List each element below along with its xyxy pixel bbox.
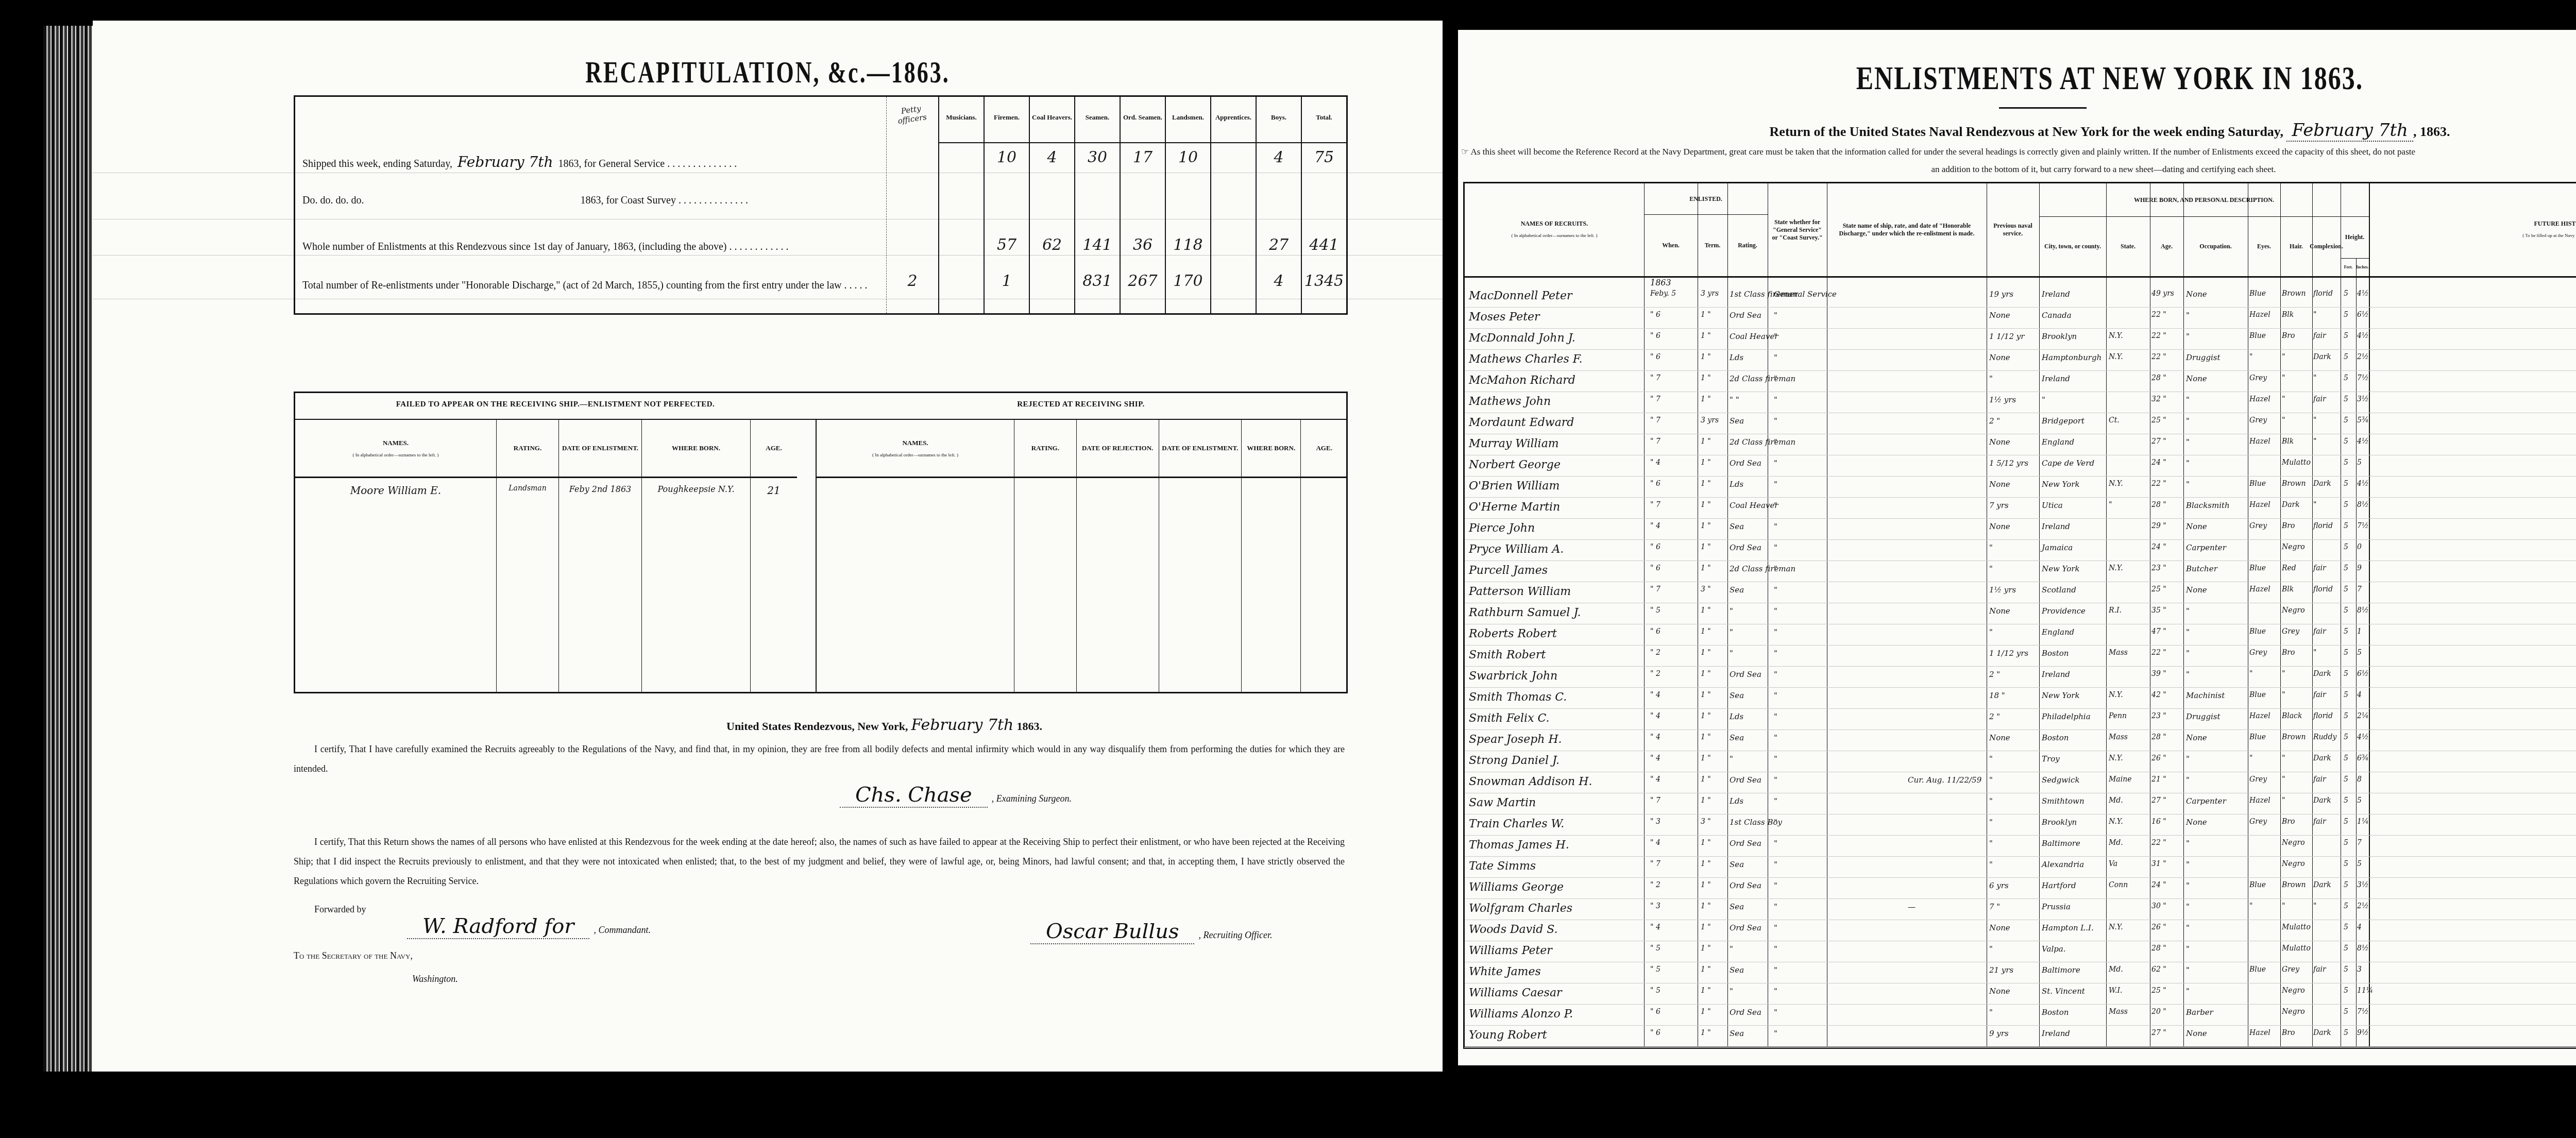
recruit-name: Mordaunt Edward [1469,416,1574,429]
complexion: Dark [2313,754,2331,762]
recap-col-landsmen: Landsmen. 10118170 [1165,97,1210,313]
height-feet: 5 [2344,839,2348,847]
birth-state: Mass [2109,649,2128,657]
height-feet: 5 [2344,437,2348,446]
birth-city: Brooklyn [2042,332,2077,341]
recruit-name: Snowman Addison H. [1469,775,1592,788]
age: 23 " [2151,712,2166,720]
table-row: Smith Robert" 21 """1 1/12 yrsBostonMass… [1465,646,2495,667]
height-inches: 4½ [2357,332,2368,340]
enlisted-rating: Ord Sea [1730,775,1761,785]
previous-service: 2 " [1989,670,2000,679]
enlistments-table: NAMES OF RECRUITS.( In alphabetical orde… [1463,182,2576,1049]
eyes: Blue [2249,627,2266,636]
recruit-name: Mathews Charles F. [1469,353,1583,366]
eyes: Blue [2249,965,2266,974]
occupation: " [2186,416,2190,426]
enlisted-term: 1 " [1701,649,1711,657]
occupation: " [2186,395,2190,404]
hair: Blk [2282,437,2294,446]
enlisted-when: " 5 [1650,987,1660,995]
previous-service: " [1989,775,1993,785]
enlisted-term: 3 yrs [1701,290,1719,298]
enlisted-term: 1 " [1701,395,1711,403]
previous-service: " [1989,839,1993,848]
birth-state: " [2109,501,2112,509]
eyes: Blue [2249,691,2266,699]
previous-service: " [1989,627,1993,637]
table-row: Williams Alonzo P." 61 "Ord Sea""BostonM… [1465,1005,2495,1026]
height-feet: 5 [2344,353,2348,361]
return-line: Return of the United States Naval Rendez… [1458,120,2576,141]
height-feet: 5 [2344,733,2348,741]
table-row: Train Charles W." 33 "1st Class Boy""Bro… [1465,814,2495,836]
height-inches: 2¼ [2357,712,2368,720]
complexion: " [2313,501,2316,509]
birth-city: Ireland [2042,290,2070,299]
enlisted-when: " 6 [1650,353,1660,361]
previous-service: None [1989,522,2010,531]
recruit-name: O'Herne Martin [1469,501,1560,514]
previous-service: 1 1/12 yrs [1989,649,2028,658]
hair: Brown [2282,290,2306,298]
height-inches: 7 [2357,585,2362,593]
height-feet: 5 [2344,543,2348,551]
recruit-name: Patterson William [1469,585,1571,598]
birth-city: New York [2042,480,2080,489]
recap-row-label-1: Shipped this week, ending Saturday,Febru… [302,154,737,171]
service-type: " [1774,902,1777,911]
height-inches: 5 [2357,649,2362,657]
table-row: Tate Simms" 71 "Sea""AlexandriaVa31 ""Ne… [1465,857,2495,878]
occupation: " [2186,311,2190,320]
complexion: " [2313,649,2316,657]
hair: Black [2282,712,2302,720]
age: 24 " [2151,543,2166,551]
table-row: Thomas James H." 41 "Ord Sea""BaltimoreM… [1465,836,2495,857]
birth-city: New York [2042,691,2080,700]
table-row: Rathburn Samuel J." 51 """NoneProvidence… [1465,603,2495,624]
previous-service: None [1989,987,2010,996]
service-type: " [1774,437,1777,447]
height-feet: 5 [2344,1029,2348,1037]
table-row: Williams Peter" 51 """"Valpa.28 ""Mulatt… [1465,941,2495,962]
enlisted-when: " 3 [1650,818,1660,826]
complexion: fair [2313,818,2326,826]
hair: " [2282,754,2285,762]
complexion: fair [2313,691,2326,699]
table-row: McMahon Richard" 71 "2d Class fireman""I… [1465,371,2495,392]
reference-notice: ☞ As this sheet will become the Referenc… [1461,143,2576,178]
occupation: " [2186,944,2190,954]
height-feet: 5 [2344,627,2348,636]
birth-city: Boston [2042,733,2069,742]
height-feet: 5 [2344,290,2348,298]
service-type: " [1774,796,1777,806]
recap-col-musicians: Musicians. [938,97,984,313]
enlisted-rating: Coal Heaver [1730,332,1778,341]
age: 35 " [2151,606,2166,615]
table-row: Mathews John" 71 "" ""1½ yrs"32 ""Hazel"… [1465,392,2495,413]
enlisted-when: " 7 [1650,860,1660,868]
failed-col-names: NAMES.( In alphabetical order—surnames t… [295,420,496,692]
height-feet: 5 [2344,522,2348,530]
enlisted-rating: Sea [1730,691,1744,700]
service-type: " [1774,691,1777,700]
birth-state: N.Y. [2109,353,2123,361]
height-inches: 4½ [2357,733,2368,741]
enlisted-rating: " [1730,627,1733,637]
service-type: " [1774,733,1777,742]
header-age: Age. [2150,216,2183,276]
height-inches: 5 [2357,860,2362,868]
height-inches: 1¼ [2357,818,2368,826]
service-type: " [1774,1008,1777,1017]
header-rating: Rating. [1727,214,1768,276]
table-row: Young Robert" 61 "Sea"9 yrsIreland27 "No… [1465,1026,2495,1047]
service-type: " [1774,818,1777,827]
previous-service: None [1989,437,2010,447]
age: 49 yrs [2151,290,2174,298]
hair: Brown [2282,733,2306,741]
birth-state: Maine [2109,775,2131,784]
surgeon-certification: I certify, That I have carefully examine… [294,739,1345,778]
hair: Negro [2282,860,2305,868]
enlisted-when: " 7 [1650,374,1660,382]
height-feet: 5 [2344,923,2348,931]
service-type: " [1774,775,1777,785]
enlisted-term: 1 " [1701,754,1711,762]
birth-state: R.I. [2109,606,2122,615]
table-row: Smith Felix C." 41 "Lds"2 "PhiladelphiaP… [1465,709,2495,730]
enlisted-rating: " [1730,649,1733,658]
enlisted-rating: Ord Sea [1730,543,1761,552]
enlisted-rating: Coal Heaver [1730,501,1778,510]
recruit-name: Young Robert [1469,1029,1547,1042]
table-row: Snowman Addison H." 41 "Ord Sea"Cur. Aug… [1465,772,2495,793]
eyes: Hazel [2249,311,2270,319]
height-feet: 5 [2344,311,2348,319]
commandant-signature-line: W. Radford for, Commandant. [407,914,651,938]
height-inches: 4 [2357,923,2362,931]
age: 28 " [2151,733,2166,741]
occupation: Blacksmith [2186,501,2230,510]
enlisted-rating: Sea [1730,1029,1744,1038]
birth-state: N.Y. [2109,564,2123,572]
enlisted-rating: Sea [1730,860,1744,869]
birth-city: New York [2042,564,2080,573]
rejected-col-date-rejection: DATE OF REJECTION. [1076,420,1159,692]
table-row: Norbert George" 41 "Ord Sea"1 5/12 yrsCa… [1465,455,2495,477]
service-type: " [1774,839,1777,848]
eyes: Blue [2249,290,2266,298]
enlistments-title: ENLISTMENTS AT NEW YORK IN 1863. [1458,60,2576,97]
table-row: Murray William" 71 "2d Class fireman"Non… [1465,434,2495,455]
service-type: " [1774,311,1777,320]
birth-state: Conn [2109,881,2128,889]
recruit-name: Swarbrick John [1469,670,1557,683]
enlisted-rating: " [1730,987,1733,996]
complexion: Dark [2313,480,2331,488]
hair: " [2282,353,2285,361]
complexion: Dark [2313,1029,2331,1037]
birth-city: Bridgeport [2042,416,2084,426]
table-row: Strong Daniel J." 41 """"TroyN.Y.26 """"… [1465,751,2495,772]
service-type: " [1774,543,1777,552]
enlisted-term: 1 " [1701,860,1711,868]
service-type: " [1774,712,1777,721]
recruit-name: Wolfgram Charles [1469,902,1572,915]
enlisted-term: 1 " [1701,606,1711,615]
table-row: Pryce William A." 61 "Ord Sea""Jamaica24… [1465,540,2495,561]
recap-col-total: Total. 754411345 [1301,97,1346,313]
left-page-recapitulation: RECAPITULATION, &c.—1863. Shipped this w… [93,21,1443,1072]
age: 39 " [2151,670,2166,678]
height-inches: 5 [2357,796,2362,805]
recruit-name: MacDonnell Peter [1469,290,1572,302]
surgeon-signature-line: Chs. Chase, Examining Surgeon. [840,783,1072,807]
enlisted-when: " 6 [1650,1029,1660,1037]
age: 62 " [2151,965,2166,974]
forwarded-by-label: Forwarded by [314,904,366,915]
occupation: " [2186,839,2190,848]
age: 32 " [2151,395,2166,403]
height-inches: 4½ [2357,480,2368,488]
service-type: " [1774,395,1777,404]
table-row: Mordaunt Edward" 73 yrsSea"2 "Bridgeport… [1465,413,2495,434]
service-type: " [1774,353,1777,362]
recap-col-coal-heavers: Coal Heavers. 462 [1029,97,1074,313]
enlisted-rating: Ord Sea [1730,881,1761,890]
recap-col-boys: Boys. 4274 [1256,97,1301,313]
height-feet: 5 [2344,416,2348,424]
occupation: Carpenter [2186,543,2226,552]
service-type: " [1774,649,1777,658]
enlisted-when: " 7 [1650,796,1660,805]
enlisted-term: 1 " [1701,543,1711,551]
enlisted-term: 1 " [1701,374,1711,382]
age: 16 " [2151,818,2166,826]
table-row: McDonnald John J." 61 "Coal Heaver"1 1/1… [1465,329,2495,350]
enlisted-term: 1 " [1701,944,1711,953]
hair: Grey [2282,627,2299,636]
enlisted-term: 1 " [1701,564,1711,572]
previous-service: 1 5/12 yrs [1989,458,2028,468]
failed-and-rejected-table: FAILED TO APPEAR ON THE RECEIVING SHIP.—… [294,392,1348,693]
eyes: Blue [2249,332,2266,340]
occupation: " [2186,965,2190,975]
hair: " [2282,691,2285,699]
service-type: " [1774,564,1777,573]
service-type: " [1774,416,1777,426]
complexion: " [2313,374,2316,382]
birth-state: Mass [2109,733,2128,741]
birth-city: Alexandria [2042,860,2084,869]
recap-col-petty-officers: Petty officers 2 [886,97,938,313]
age: 42 " [2151,691,2166,699]
table-row: MacDonnell PeterFeby. 53 yrs1st Class fi… [1465,286,2495,308]
enlisted-rating: 2d Class fireman [1730,564,1795,573]
birth-city: Ireland [2042,1029,2070,1038]
occupation: " [2186,480,2190,489]
age: 28 " [2151,374,2166,382]
book-gutter [1443,21,1458,1082]
height-feet: 5 [2344,585,2348,593]
occupation: " [2186,437,2190,447]
service-type: " [1774,754,1777,763]
enlisted-term: 1 " [1701,691,1711,699]
occupation: Barber [2186,1008,2213,1017]
hair: Bro [2282,649,2295,657]
height-inches: 8 [2357,775,2362,784]
header-service: State whether for "General Service" or "… [1768,183,1827,276]
occupation: Butcher [2186,564,2217,573]
service-type: " [1774,480,1777,489]
eyes: Hazel [2249,585,2270,593]
table-row: Woods David S." 41 "Ord Sea"NoneHampton … [1465,920,2495,941]
service-type: " [1774,944,1777,954]
birth-state: Mass [2109,1008,2128,1016]
enlisted-when: " 6 [1650,332,1660,340]
occupation: " [2186,881,2190,890]
occupation: Carpenter [2186,796,2226,806]
height-inches: 7½ [2357,522,2368,530]
table-row: Moses Peter" 61 "Ord Sea"NoneCanada22 ""… [1465,308,2495,329]
height-feet: 5 [2344,606,2348,615]
birth-city: Providence [2042,606,2086,616]
hair: Negro [2282,987,2305,995]
recruit-name: Spear Joseph H. [1469,733,1562,746]
birth-city: Boston [2042,1008,2069,1017]
recap-col-ord-seamen: Ord. Seamen. 1736267 [1120,97,1165,313]
commandant-signature: W. Radford for [407,914,589,939]
recruit-name: White James [1469,965,1541,978]
height-feet: 5 [2344,458,2348,467]
height-feet: 5 [2344,1008,2348,1016]
height-inches: 11¼ [2357,987,2373,995]
height-feet: 5 [2344,649,2348,657]
complexion: fair [2313,965,2326,974]
eyes: Blue [2249,480,2266,488]
age: 25 " [2151,416,2166,424]
birth-city: England [2042,627,2074,637]
complexion: florid [2313,522,2333,530]
age: 25 " [2151,585,2166,593]
hair: Bro [2282,522,2295,530]
height-feet: 5 [2344,796,2348,805]
previous-service: " [1989,1008,1993,1017]
eyes: Grey [2249,649,2267,657]
enlisted-when: " 2 [1650,649,1660,657]
previous-service: None [1989,606,2010,616]
hair: Blk [2282,311,2294,319]
birth-city: " [2042,395,2045,404]
birth-state: Ct. [2109,416,2120,424]
complexion: fair [2313,332,2326,340]
age: 22 " [2151,311,2166,319]
recap-row-label-3: Whole number of Enlistments at this Rend… [302,241,789,253]
age: 29 " [2151,522,2166,530]
occupation: " [2186,670,2190,679]
occupation: None [2186,585,2207,595]
enlisted-term: 1 " [1701,796,1711,805]
previous-service: " [1989,754,1993,763]
service-type: " [1774,670,1777,679]
birth-state: N.Y. [2109,480,2123,488]
table-row: Smith Thomas C." 41 "Sea"18 "New YorkN.Y… [1465,688,2495,709]
recruit-name: Murray William [1469,437,1559,450]
recap-row-label-4: Total number of Re-enlistments under "Ho… [302,280,867,292]
enlisted-term: 1 " [1701,902,1711,910]
previous-service: None [1989,311,2010,320]
enlisted-when: " 6 [1650,1008,1660,1016]
height-inches: 3 [2357,965,2362,974]
enlisted-term: 1 " [1701,670,1711,678]
table-row: Wolfgram Charles" 31 "Sea"—7 "Prussia30 … [1465,899,2495,920]
header-where-born: WHERE BORN, AND PERSONAL DESCRIPTION. [2039,183,2369,216]
height-inches: 6½ [2357,311,2368,319]
complexion: Dark [2313,670,2331,678]
height-inches: 4 [2357,691,2362,699]
eyes: Hazel [2249,712,2270,720]
recruit-name: Norbert George [1469,458,1561,471]
eyes: Grey [2249,416,2267,424]
hair: " [2282,416,2285,424]
header-term: Term. [1698,214,1727,276]
honorable-discharge: — [1908,902,1916,911]
previous-service: 7 yrs [1989,501,2009,510]
height-feet: 5 [2344,670,2348,678]
honorable-discharge: Cur. Aug. 11/22/59 [1908,775,1981,785]
previous-service: None [1989,353,2010,362]
birth-state: Md. [2109,965,2123,974]
previous-service: " [1989,944,1993,954]
height-feet: 5 [2344,395,2348,403]
occupation: " [2186,902,2190,911]
header-feet: Feet. [2341,258,2356,276]
occupation: " [2186,775,2190,785]
hair: Mulatto [2282,923,2311,931]
header-complexion: Complexion. [2312,216,2341,276]
height-feet: 5 [2344,860,2348,868]
header-inches: Inches. [2356,258,2369,276]
previous-service: 1½ yrs [1989,395,2016,404]
birth-state: N.Y. [2109,332,2123,340]
occupation: " [2186,627,2190,637]
enlisted-term: 1 " [1701,480,1711,488]
height-inches: 2½ [2357,353,2368,361]
enlisted-term: 1 " [1701,987,1711,995]
table-row: Williams Caesar" 51 """NoneSt. VincentW.… [1465,983,2495,1005]
previous-service: 18 " [1989,691,2005,700]
service-type: " [1774,987,1777,996]
occupation: " [2186,860,2190,869]
enlisted-term: 1 " [1701,332,1711,340]
service-type: " [1774,627,1777,637]
height-feet: 5 [2344,374,2348,382]
height-feet: 5 [2344,944,2348,953]
age: 26 " [2151,754,2166,762]
hair: Negro [2282,1008,2305,1016]
eyes: Hazel [2249,437,2270,446]
eyes: Grey [2249,374,2267,382]
failed-col-born: WHERE BORN.Poughkeepsie N.Y. [641,420,750,692]
hair: Blk [2282,585,2294,593]
hair: Negro [2282,543,2305,551]
previous-service: 2 " [1989,712,2000,721]
enlisted-term: 1 " [1701,1008,1711,1016]
height-inches: 2½ [2357,902,2368,910]
